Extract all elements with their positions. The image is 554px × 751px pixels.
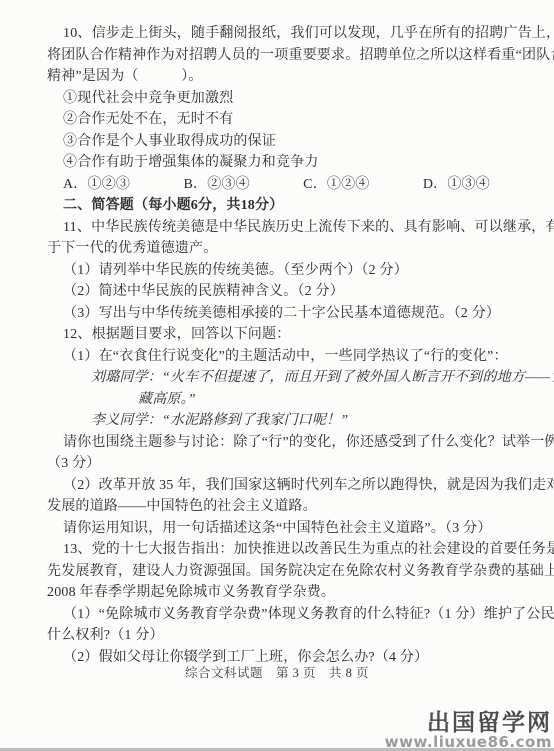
watermark: 出国留学网 www.liuxue86.com	[385, 711, 552, 750]
choice-option: C．①②④	[303, 174, 369, 196]
q13-line: 13、党的十七大报告指出：加快推进以改善民生为重点的社会建设的首要任务是优	[47, 539, 513, 561]
exam-body: 10、信步走上街头，随手翻阅报纸，我们可以发现，几乎在所有的招聘广告上，都将团队…	[47, 23, 513, 668]
q10-item-1: ①现代社会中竞争更加激烈	[47, 88, 513, 110]
q13-sub-1: （1）“免除城市义务教育学杂费”体现义务教育的什么特征?（1 分）维护了公民的	[47, 604, 513, 626]
q11-sub-3: （3）写出与中华传统美德相承接的二十字公民基本道德规范。（2 分）	[47, 303, 513, 325]
q12-line: 请你也围绕主题参与讨论：除了“行”的变化，你还感受到了什么变化？试举一例。	[47, 432, 513, 454]
q12-line: （3 分）	[47, 453, 513, 475]
q10-choices: A．①②③B．②③④C．①②④D．①③④	[47, 174, 490, 196]
q10-item-2: ②合作无处不在，无时不有	[47, 109, 513, 131]
q12-line: 请你运用知识，用一句话描述这条“中国特色社会主义道路”。（3 分）	[47, 518, 513, 540]
q12-line: 12、根据题目要求，回答以下问题：	[47, 324, 513, 346]
q12-quote-liyi: 李义同学：“水泥路修到了我家门口呢！”	[47, 410, 513, 432]
q13-line: 先发展教育，建设人力资源强国。国务院决定在免除农村义务教育学杂费的基础上，从	[47, 561, 513, 583]
q12-sub-2: （2）改革开放 35 年，我们国家这辆时代列车之所以跑得快，就是因为我们走对了	[47, 475, 513, 497]
page-footer: 综合文科试题 第 3 页 共 8 页	[0, 663, 554, 681]
q12-line: 发展的道路——中国特色的社会主义道路。	[47, 496, 513, 518]
q10-line: 将团队合作精神作为对招聘人员的一项重要要求。招聘单位之所以这样看重“团队合作	[47, 45, 513, 67]
q10-item-3: ③合作是个人事业取得成功的保证	[47, 131, 513, 153]
q13-line: 2008 年春季学期起免除城市义务教育学杂费。	[47, 582, 513, 604]
choice-option: A．①②③	[63, 174, 130, 196]
q12-quote-liulu: 刘璐同学：“火车不但提速了，而且开到了被外国人断言开不到的地方——青	[47, 367, 513, 389]
q11-line: 于下一代的优秀道德遗产。	[47, 238, 513, 260]
q10-line: 精神”是因为（ ）。	[47, 66, 513, 88]
q11-sub-1: （1）请列举中华民族的传统美德。（至少两个）（2 分）	[47, 260, 513, 282]
exam-page: 10、信步走上街头，随手翻阅报纸，我们可以发现，几乎在所有的招聘广告上，都将团队…	[0, 0, 554, 751]
q12-quote-liulu: 藏高原。”	[47, 389, 513, 411]
choice-option: D．①③④	[423, 174, 490, 196]
q10-item-4: ④合作有助于增强集体的凝聚力和竞争力	[47, 152, 513, 174]
q11-sub-2: （2）简述中华民族的民族精神含义。（2 分）	[47, 281, 513, 303]
choice-option: B．②③④	[183, 174, 249, 196]
q12-sub-1: （1）在“衣食住行说变化”的主题活动中，一些同学热议了“行的变化”：	[47, 346, 513, 368]
q11-line: 11、中华民族传统美德是中华民族历史上流传下来的、具有影响、可以继承，有益	[47, 217, 513, 239]
q13-line: 什么权利?（1 分）	[47, 625, 513, 647]
section-2-header: 二、简答题（每小题6分，共18分）	[47, 195, 513, 217]
q10-line: 10、信步走上街头，随手翻阅报纸，我们可以发现，几乎在所有的招聘广告上，都	[47, 23, 513, 45]
